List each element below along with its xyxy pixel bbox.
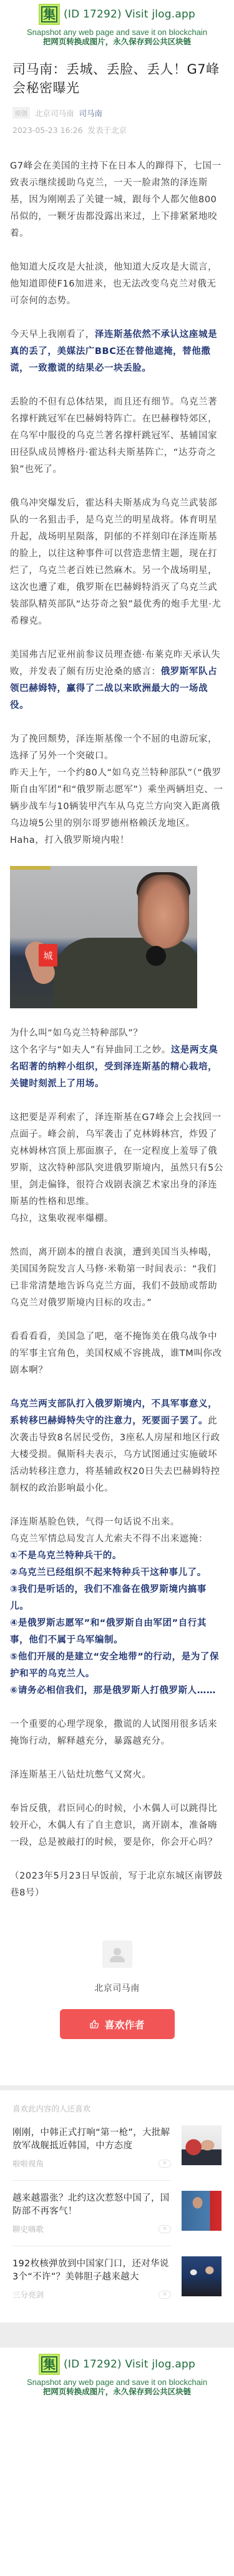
jlog-banner-top: 集 (ID 17292) Visit jlog.app Snapshot any… bbox=[0, 0, 234, 51]
list-item: ③我们是听话的，我们不准备在俄罗斯境内搞事儿。 bbox=[10, 1581, 224, 1615]
list-item: ①不是乌克兰特种兵干的。 bbox=[10, 1548, 224, 1565]
paragraph: 今天早上我刚看了，泽连斯基依然不承认这座城是真的丢了，美媒法广BBC还在替他遮掩… bbox=[10, 327, 224, 377]
jlog-logo-icon: 集 bbox=[39, 4, 60, 25]
paragraph: 泽连斯基王八钻灶坑憋气又窝火。 bbox=[10, 1767, 224, 1784]
paragraph: 泽连斯基脸色铁，气得一句话说不出来。 bbox=[10, 1514, 224, 1531]
account-name-link[interactable]: 北京司马南 bbox=[35, 107, 74, 119]
paragraph: 一个重要的心理学现象，撒谎的人试图用很多话来掩饰行动，解释越充分，暴露越充分。 bbox=[10, 1716, 224, 1750]
jlog-id-link[interactable]: (ID 17292) Visit jlog.app bbox=[64, 2358, 195, 2371]
original-badge: 原创 bbox=[12, 107, 30, 119]
paragraph: 看看看看，美国急了吧，毫不掩饰美在俄乌战争中的军事主官角色，美国权威不容挑战，谁… bbox=[10, 1329, 224, 1379]
paragraph: 昨天上午，一个约80人“如乌克兰特种部队”（“俄罗斯自由军团”和“俄罗斯志愿军”… bbox=[10, 765, 224, 849]
list-item: ⑥请务必相信我们，那是俄罗斯人打俄罗斯人…… bbox=[10, 1683, 224, 1699]
recommendation-thumbnail[interactable] bbox=[182, 2125, 222, 2165]
paragraph: 然而，离开剧本的擅自表演，遭到美国当头棒喝，美国国务院发言人马修·米勒第一时间表… bbox=[10, 1244, 224, 1312]
list-item: ⑤他们开展的是建立“安全地带”的行动，是为了保护和平的乌克兰人。 bbox=[10, 1649, 224, 1683]
jlog-tagline-cn: 把网页转换成图片，永久保存到公共区块链 bbox=[0, 2387, 234, 2397]
section-divider bbox=[0, 2085, 234, 2090]
signature-paragraph: （2023年5月23日早饭前，写于北京东城区南锣鼓巷8号） bbox=[10, 1868, 224, 1902]
paragraph: 俄乌冲突爆发后，霍达科夫斯基成为乌克兰武装部队的一名狙击手，是乌克兰的明星战将。… bbox=[10, 495, 224, 630]
recommendation-item[interactable]: 192枚核弹放到中国家门口，还对华说3个“不许”？美韩胆子越来越大 三分亮剑 × bbox=[12, 2258, 222, 2311]
article-title: 司马南：丢城、丢脸、丢人！G7峰会秘密曝光 bbox=[12, 60, 222, 97]
recommendation-title[interactable]: 越来越嚣张？北约这次惹怒中国了，国防部不再客气！ bbox=[12, 2192, 171, 2218]
microphone-shape bbox=[146, 946, 166, 966]
author-link[interactable]: 司马南 bbox=[79, 107, 103, 119]
article-header: 司马南：丢城、丢脸、丢人！G7峰会秘密曝光 原创 北京司马南 司马南 2023-… bbox=[0, 60, 234, 135]
paragraph: G7峰会在美国的主持下在日本人的蹿得下，七国一致表示继续援助乌克兰，一天一脸肃煞… bbox=[10, 158, 224, 242]
like-author-button[interactable]: 喜欢作者 bbox=[60, 2009, 175, 2039]
author-name: 北京司马南 bbox=[0, 1982, 234, 1994]
recommendation-thumbnail[interactable] bbox=[182, 2191, 222, 2231]
paragraph: 为了挽回颓势，泽连斯基像一个不屈的电游玩家，选择了另外一个突破口。 bbox=[10, 731, 224, 765]
author-avatar[interactable] bbox=[102, 1940, 132, 1968]
paragraph: 奉旨反俄，君臣同心的时候，小木偶人可以跳得比较开心，木偶人有了自主意识，离开剧本… bbox=[10, 1801, 224, 1851]
paragraph: 他知道大反攻是大扯淡，他知道大反攻是大谎言，他知道即使F16加进来，也无法改变乌… bbox=[10, 259, 224, 310]
recommendation-item[interactable]: 刚刚，中韩正式打响“第一枪”，大批解放军战舰抵近韩国，中方态度 啦啦视角 × bbox=[12, 2126, 222, 2192]
paragraph: 丢脸的不但有总体结果，而且还有细节。乌克兰著名撑杆跳冠军在巴赫姆特阵亡。在巴赫穆… bbox=[10, 394, 224, 478]
recommendations: 喜欢此内容的人还喜欢 刚刚，中韩正式打响“第一枪”，大批解放军战舰抵近韩国，中方… bbox=[0, 2090, 234, 2311]
article-content: G7峰会在美国的主持下在日本人的蹿得下，七国一致表示继续援助乌克兰，一天一脸肃煞… bbox=[0, 158, 234, 1902]
paragraph: 美国弗吉尼亚州前参议员理查德·布莱克昨天承认失败，并发表了颇有历史沧桑的感言：俄… bbox=[10, 647, 224, 714]
publish-info: 2023-05-23 16:26发表于北京 bbox=[12, 124, 222, 135]
list-item: ②乌克兰已经组织不起来特种兵干这种事儿了。 bbox=[10, 1565, 224, 1581]
jlog-tagline-cn: 把网页转换成图片，永久保存到公共区块链 bbox=[0, 37, 234, 47]
city-tag-badge: 城 bbox=[39, 944, 57, 966]
dismiss-icon[interactable]: × bbox=[158, 2160, 171, 2168]
recommendation-title[interactable]: 刚刚，中韩正式打响“第一枪”，大批解放军战舰抵近韩国，中方态度 bbox=[12, 2126, 171, 2153]
publish-date: 2023-05-23 16:26 bbox=[12, 125, 83, 135]
paragraph: 这把要是弄利索了，泽连斯基在G7峰会上会找回一点面子。峰会前，乌军袭击了克林姆林… bbox=[10, 1109, 224, 1211]
recommendations-heading: 喜欢此内容的人还喜欢 bbox=[12, 2090, 222, 2126]
highlight-text: 乌克兰两支部队打入俄罗斯境内，不具军事意义，系转移巴赫姆特失守的注意力，死要面子… bbox=[10, 1399, 217, 1426]
dismiss-icon[interactable]: × bbox=[158, 2291, 171, 2299]
publish-location: 发表于北京 bbox=[88, 125, 127, 135]
paragraph: 乌克兰军情总局发言人尤索夫不得不出来遮掩： bbox=[10, 1531, 224, 1548]
like-author-label: 喜欢作者 bbox=[104, 2017, 144, 2032]
jlog-banner-bottom: 集 (ID 17292) Visit jlog.app Snapshot any… bbox=[0, 2347, 234, 2401]
jlog-logo-icon: 集 bbox=[39, 2354, 60, 2375]
jlog-tagline-en: Snapshot any web page and save it on blo… bbox=[0, 27, 234, 37]
article-meta: 原创 北京司马南 司马南 bbox=[12, 107, 222, 119]
thumbs-up-icon bbox=[89, 2019, 99, 2029]
recommendation-source: 三分亮剑 bbox=[12, 2289, 44, 2300]
paragraph: 这个名字与“如夫人”有异曲同工之妙。这是两支臭名昭著的纳粹小组织，受到泽连斯基的… bbox=[10, 1042, 224, 1093]
avatar-placeholder-icon bbox=[114, 1948, 121, 1955]
recommendation-source: 啦啦视角 bbox=[12, 2158, 44, 2169]
dismiss-icon[interactable]: × bbox=[158, 2225, 171, 2233]
recommendation-source: 聊史嗨歌 bbox=[12, 2223, 44, 2234]
bottom-gray-band bbox=[0, 2323, 234, 2347]
jlog-id-link[interactable]: (ID 17292) Visit jlog.app bbox=[64, 8, 195, 21]
author-card: 北京司马南 喜欢作者 bbox=[0, 1940, 234, 2039]
jlog-tagline-en: Snapshot any web page and save it on blo… bbox=[0, 2377, 234, 2387]
list-item: ④是俄罗斯志愿军”和“俄罗斯自由军团”自行其事，他们不属于乌军编制。 bbox=[10, 1615, 224, 1649]
recommendation-thumbnail[interactable] bbox=[182, 2256, 222, 2296]
paragraph: 乌克兰两支部队打入俄罗斯境内，不具军事意义，系转移巴赫姆特失守的注意力，死要面子… bbox=[10, 1396, 224, 1497]
recommendation-item[interactable]: 越来越嚣张？北约这次惹怒中国了，国防部不再客气！ 聊史嗨歌 × bbox=[12, 2192, 222, 2258]
recommendation-title[interactable]: 192枚核弹放到中国家门口，还对华说3个“不许”？美韩胆子越来越大 bbox=[12, 2258, 171, 2284]
paragraph: 为什么叫“如乌克兰特种部队”？ bbox=[10, 1025, 224, 1042]
article-photo[interactable]: 城 bbox=[10, 866, 197, 1008]
paragraph: 乌拉，这集收视率爆棚。 bbox=[10, 1211, 224, 1227]
